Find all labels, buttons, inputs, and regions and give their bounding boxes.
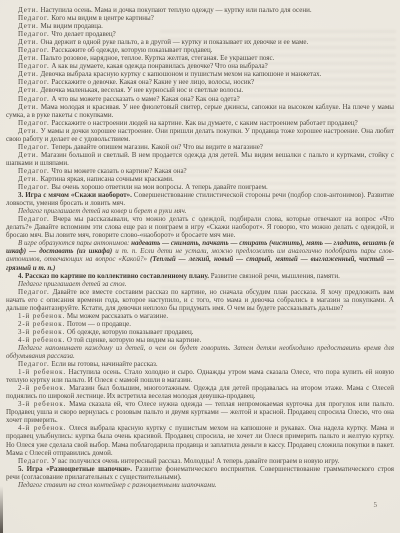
- speaker-label: Дети.: [18, 103, 39, 111]
- speaker-label: Дети.: [18, 70, 39, 78]
- paragraph: 4. Рассказ по картине по коллективно сос…: [6, 272, 394, 280]
- section-title: 3. Игра с мячом «Скажи наоборот».: [18, 191, 132, 199]
- speaker-label: Педагог.: [18, 30, 50, 38]
- section-title: 5. Игра «Разноцветные шапочки».: [18, 465, 132, 473]
- text-block: Дети. Наступила осень. Мама и дочка поку…: [6, 6, 394, 489]
- paragraph: Дети. Девочка выбрала красную куртку с к…: [6, 70, 394, 78]
- paragraph: 4-й ребенок. Олеся выбрала красную куртк…: [6, 424, 394, 456]
- speaker-label: 2-й ребенок.: [18, 384, 66, 392]
- speaker-label: Педагог.: [18, 95, 50, 103]
- speaker-label: Дети.: [18, 151, 39, 159]
- paragraph: Педагог напоминает каждому из детей, о ч…: [6, 344, 394, 360]
- speaker-label: Педагог.: [18, 14, 50, 22]
- speaker-label: 1-й ребенок.: [18, 312, 65, 320]
- speaker-label: Дети.: [18, 22, 39, 30]
- speaker-label: Педагог.: [18, 288, 50, 296]
- paragraph: Педагог. Давайте все вместе составим рас…: [6, 288, 394, 312]
- paragraph: Педагог ставит на стол контейнер с разно…: [6, 481, 394, 489]
- paragraph: Педагог. Расскажите о девочке. Какая она…: [6, 78, 394, 86]
- stage-text: В игре образуются пары антонимов:: [18, 239, 131, 247]
- paragraph: Дети. Пальто розовое, нарядное, теплое. …: [6, 54, 394, 62]
- paragraph: 4-й ребенок. О той сценке, которую мы ви…: [6, 336, 394, 344]
- paragraph: Педагог. Что вы можете сказать о картине…: [6, 167, 394, 175]
- speaker-label: 4-й ребенок.: [18, 424, 66, 432]
- speaker-label: Педагог.: [18, 46, 50, 54]
- speaker-label: Дети.: [18, 127, 39, 135]
- speaker-label: Педагог.: [18, 215, 50, 223]
- paragraph: Педагог. А как вы думаете, какая одежда …: [6, 62, 394, 70]
- speaker-label: Педагог.: [18, 62, 50, 70]
- paragraph: Дети. Девочка маленькая, веселая. У нее …: [6, 86, 394, 94]
- paragraph: Педагог. У вас получился очень интересны…: [6, 457, 394, 465]
- scanned-book-page: Дети. Наступила осень. Мама и дочка поку…: [0, 0, 400, 533]
- paragraph: 3-й ребенок. Об одежде, которую показыва…: [6, 328, 394, 336]
- speaker-label: Педагог.: [18, 78, 50, 86]
- speaker-label: Педагог.: [18, 457, 50, 465]
- paragraph: Педагог приглашает детей на ковер и бере…: [6, 207, 394, 215]
- speaker-label: Дети.: [18, 6, 39, 14]
- speaker-label: Педагог.: [18, 360, 50, 368]
- speaker-label: 1-й ребенок.: [18, 368, 66, 376]
- speaker-label: 2-й ребенок.: [18, 320, 65, 328]
- paragraph: 1-й ребенок. Наступила осень. Стало холо…: [6, 368, 394, 384]
- paragraph: Педагог. Кого мы видим в центре картины?: [6, 14, 394, 22]
- speaker-label: Педагог.: [18, 167, 50, 175]
- paragraph: Педагог. Расскажите об одежде, которую п…: [6, 46, 394, 54]
- page-number: 5: [374, 501, 378, 509]
- speaker-label: 4-й ребенок.: [18, 336, 65, 344]
- speaker-label: Педагог.: [18, 119, 50, 127]
- paragraph: 3-й ребенок. Мама сказала ей, что Олесе …: [6, 400, 394, 424]
- paragraph: 2-й ребенок. Потом — о продавце.: [6, 320, 394, 328]
- speaker-label: Дети.: [18, 175, 39, 183]
- speaker-label: 3-й ребенок.: [18, 328, 65, 336]
- paragraph: 3. Игра с мячом «Скажи наоборот». Соверш…: [6, 191, 394, 207]
- paragraph: 1-й ребенок. Мы можем рассказать о магаз…: [6, 312, 394, 320]
- paragraph: 5. Игра «Разноцветные шапочки». Развитие…: [6, 465, 394, 481]
- paragraph: Педагог приглашает детей за стол.: [6, 280, 394, 288]
- paragraph: Педагог. Вчера мы рассказывали, что можн…: [6, 215, 394, 239]
- paragraph: 2-й ребенок. Магазин был большим, многоэ…: [6, 384, 394, 400]
- speaker-label: Педагог.: [18, 183, 50, 191]
- speaker-label: Педагог.: [18, 143, 50, 151]
- paragraph: Педагог. Если вы готовы, начинайте расск…: [6, 360, 394, 368]
- paragraph: Дети. Картина яркая, написана сочными кр…: [6, 175, 394, 183]
- speaker-label: Дети.: [18, 38, 39, 46]
- paragraph: Дети. У мамы и дочки хорошее настроение.…: [6, 127, 394, 143]
- paragraph: Дети. Наступила осень. Мама и дочка поку…: [6, 6, 394, 14]
- paragraph: Дети. Магазин большой и светлый. В нем п…: [6, 151, 394, 167]
- paragraph: Педагог. Расскажите о настроении людей н…: [6, 119, 394, 127]
- paragraph: Педагог. Вы очень хорошо ответили на мои…: [6, 183, 394, 191]
- paragraph: Педагог. Теперь давайте опишем магазин. …: [6, 143, 394, 151]
- paragraph: Педагог. А что вы можете рассказать о ма…: [6, 95, 394, 103]
- section-title: 4. Рассказ по картине по коллективно сос…: [18, 272, 209, 280]
- paragraph: Педагог. Что делает продавец?: [6, 30, 394, 38]
- speaker-label: 3-й ребенок.: [18, 400, 66, 408]
- speaker-label: Дети.: [18, 86, 39, 94]
- paragraph: Дети. Мама молодая и красивая. У нее фио…: [6, 103, 394, 119]
- paragraph: Дети. Мы видим продавца.: [6, 22, 394, 30]
- paragraph: В игре образуются пары антонимов: надева…: [6, 239, 394, 271]
- paragraph: Дети. Она держит в одной руке пальто, а …: [6, 38, 394, 46]
- scan-edge-shadow: [0, 481, 3, 533]
- speaker-label: Дети.: [18, 54, 39, 62]
